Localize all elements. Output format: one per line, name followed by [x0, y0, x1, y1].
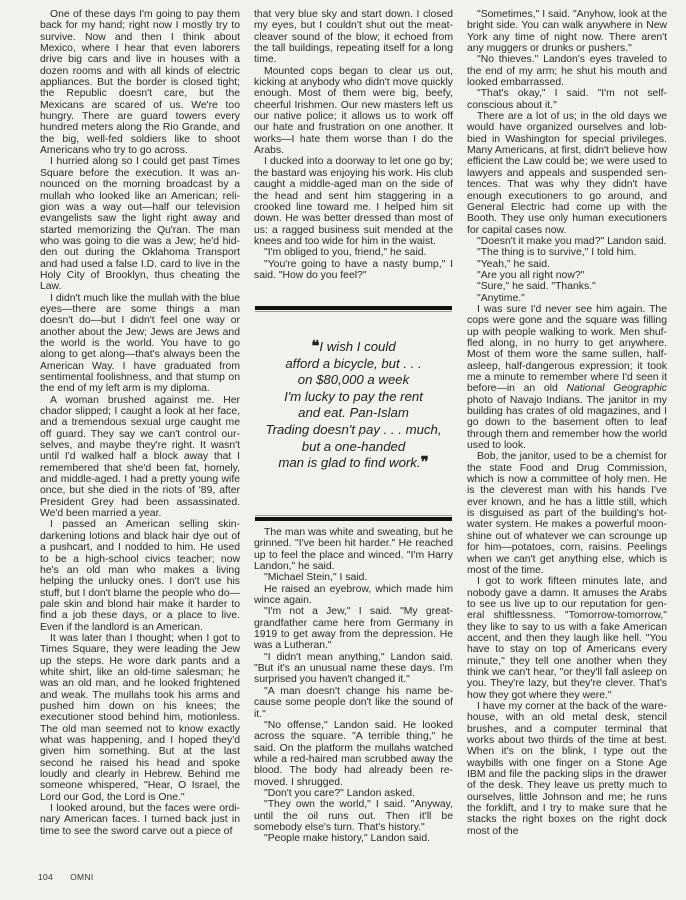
pull-quote-line: man is glad to find work.❞	[255, 455, 452, 472]
paragraph: The man was white and sweating, but he g…	[254, 527, 453, 572]
paragraph: I was sure I'd never see him again. The …	[467, 304, 667, 451]
paragraph: I looked around, but the faces were ordi…	[40, 803, 240, 837]
paragraph: "Sometimes," I said. "Anyhow, look at th…	[467, 9, 667, 54]
rule-thick	[255, 306, 452, 310]
paragraph: He raised an eyebrow, which made him win…	[254, 584, 453, 607]
pull-quote-bottom-rule	[255, 515, 452, 521]
paragraph: I got to work fifteen minutes late, and …	[467, 576, 667, 701]
paragraph: "The thing is to survive," I told him.	[467, 247, 667, 258]
magazine-name: OMNI	[70, 872, 93, 882]
paragraph: There are a lot of us; in the old days w…	[467, 111, 667, 236]
paragraph: "People make history," Landon said.	[254, 833, 453, 844]
paragraph: Mounted cops began to clear us out, kick…	[254, 66, 453, 157]
paragraph: "That's okay," I said. "I'm not self-con…	[467, 88, 667, 111]
paragraph: "Don't you care?" Landon asked.	[254, 788, 453, 799]
middle-column-top: that very blue sky and start down. I clo…	[254, 9, 453, 281]
pull-quote-line: I'm lucky to pay the rent	[255, 389, 452, 406]
page-number: 104	[38, 872, 53, 882]
paragraph: "Anytime."	[467, 293, 667, 304]
magazine-page: One of these days I'm going to pay them …	[0, 0, 686, 900]
paragraph: I have my corner at the back of the ware…	[467, 701, 667, 837]
magazine-title-italic: National Geographic	[566, 383, 667, 394]
pull-quote-line: but a one-handed	[255, 439, 452, 456]
paragraph: I passed an American selling skin-darken…	[40, 519, 240, 632]
pull-quote-top-rule	[255, 306, 452, 312]
paragraph: "I'm obliged to you, friend," he said.	[254, 247, 453, 258]
pull-quote-line: ❝I wish I could	[255, 339, 452, 356]
paragraph: "You're going to have a nasty bump," I s…	[254, 259, 453, 282]
paragraph: that very blue sky and start down. I clo…	[254, 9, 453, 66]
left-column: One of these days I'm going to pay them …	[40, 9, 240, 837]
paragraph: "No offense," Landon said. He looked acr…	[254, 720, 453, 788]
paragraph: I didn't much like the mullah with the b…	[40, 293, 240, 395]
paragraph: "Are you all right now?"	[467, 270, 667, 281]
paragraph: It was later than I thought; when I got …	[40, 633, 240, 803]
paragraph: "A man doesn't change his name be­cause …	[254, 686, 453, 720]
middle-column-bottom: The man was white and sweating, but he g…	[254, 527, 453, 845]
pull-quote-line: afford a bicycle, but . . .	[255, 356, 452, 373]
paragraph: A woman brushed against me. Her chador s…	[40, 395, 240, 520]
page-folio: 104OMNI	[38, 872, 111, 882]
pull-quote: ❝I wish I could afford a bicycle, but . …	[255, 339, 452, 472]
rule-thin	[255, 515, 452, 516]
pull-quote-line: and eat. Pan-Islam	[255, 405, 452, 422]
paragraph: I hurried along so I could get past Time…	[40, 156, 240, 292]
paragraph: "Michael Stein," I said.	[254, 572, 453, 583]
right-column: "Sometimes," I said. "Anyhow, look at th…	[467, 9, 667, 837]
paragraph: "They own the world," I said. "Anyway, u…	[254, 799, 453, 833]
rule-thick	[255, 517, 452, 521]
pull-quote-line: Trading doesn't pay . . . much,	[255, 422, 452, 439]
paragraph: Bob, the janitor, used to be a chemist f…	[467, 451, 667, 576]
paragraph: "Yeah," he said.	[467, 259, 667, 270]
paragraph: "No thieves." Landon's eyes traveled to …	[467, 54, 667, 88]
rule-thin	[255, 311, 452, 312]
close-quote-icon: ❞	[421, 454, 429, 471]
pull-quote-line: on $80,000 a week	[255, 372, 452, 389]
paragraph: I ducked into a doorway to let one go by…	[254, 156, 453, 247]
paragraph: "I didn't mean anything," Landon said. "…	[254, 652, 453, 686]
paragraph: "Sure," he said. "Thanks."	[467, 281, 667, 292]
paragraph: "Doesn't it make you mad?" Landon said.	[467, 236, 667, 247]
paragraph: "I'm not a Jew," I said. "My great-grand…	[254, 606, 453, 651]
paragraph: One of these days I'm going to pay them …	[40, 9, 240, 156]
